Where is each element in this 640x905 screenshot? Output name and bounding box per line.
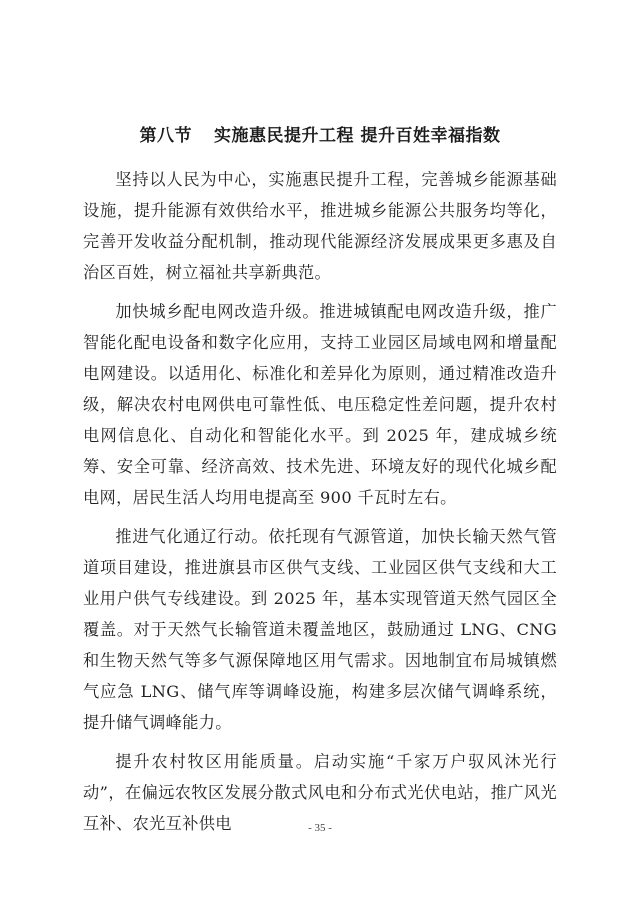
section-number: 第八节 — [140, 126, 193, 146]
document-page: 第八节实施惠民提升工程 提升百姓幸福指数 坚持以人民为中心，实施惠民提升工程，完… — [0, 0, 640, 905]
section-heading: 第八节实施惠民提升工程 提升百姓幸福指数 — [0, 121, 640, 146]
paragraph-distribution-grid: 加快城乡配电网改造升级。推进城镇配电网改造升级，推广智能化配电设备和数字化应用，… — [83, 296, 557, 513]
page-number: - 35 - — [0, 822, 640, 834]
paragraph-gasification: 推进气化通辽行动。依托现有气源管道，加快长输天然气管道项目建设，推进旗县市区供气… — [83, 521, 557, 738]
section-title: 实施惠民提升工程 提升百姓幸福指数 — [214, 126, 500, 146]
paragraph-intro: 坚持以人民为中心，实施惠民提升工程，完善城乡能源基础设施，提升能源有效供给水平，… — [83, 164, 557, 288]
document-body: 坚持以人民为中心，实施惠民提升工程，完善城乡能源基础设施，提升能源有效供给水平，… — [83, 164, 557, 847]
